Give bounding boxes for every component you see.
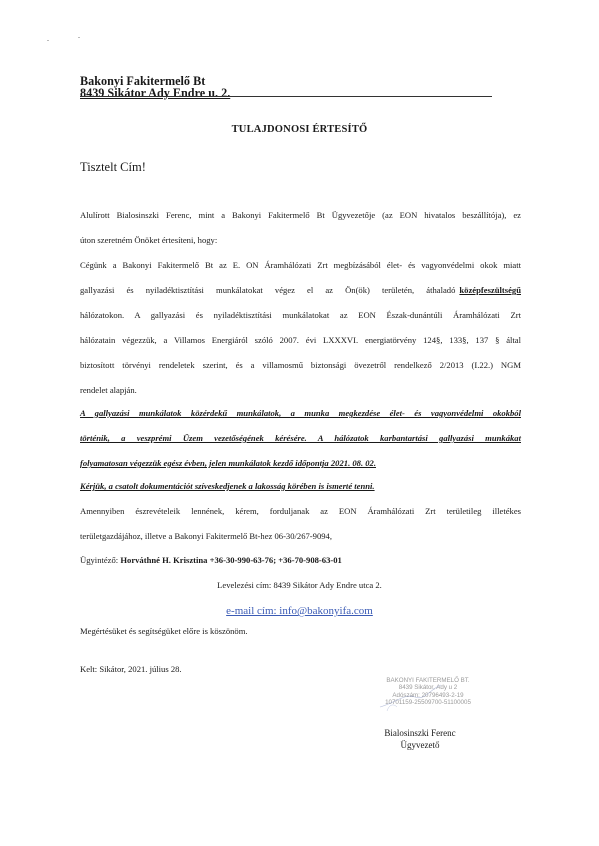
scan-speck (47, 40, 49, 41)
notice-start-date: folyamatosan végezzük egész évben, jelen… (80, 458, 521, 468)
thanks-line: Megértésüket és segítségüket előre is kö… (80, 626, 521, 636)
contact-line: területgazdájához, illetve a Bakonyi Fak… (80, 531, 521, 541)
intro-line-2: úton szeretném Önöket értesíteni, hogy: (80, 235, 521, 245)
greeting: Tisztelt Cím! (80, 160, 146, 175)
notice-request: Kérjük, a csatolt dokumentációt szíveske… (80, 481, 521, 491)
paragraph-line: rendelet alapján. (80, 385, 521, 395)
paragraph-line: biztosított törvényi rendeletek szerint,… (80, 360, 521, 370)
signatory-name: Bialosinszki Ferenc (340, 728, 500, 738)
notice-line: A gallyazási munkálatok közérdekű munkál… (80, 408, 521, 418)
paragraph-line: hálózatokon. A gallyazási és nyiladéktis… (80, 310, 521, 320)
paragraph-text: gallyazási és nyiladéktisztítási munkála… (80, 285, 455, 295)
highlight-medium-voltage: középfeszültségű (459, 285, 521, 295)
paragraph-line: Cégünk a Bakonyi Fakitermelő Bt az E. ON… (80, 260, 521, 270)
contact-line: Amennyiben észrevételeik lennének, kérem… (80, 506, 521, 516)
intro-line-1: Alulírott Bialosinszki Ferenc, mint a Ba… (80, 210, 521, 220)
mailing-address: Levelezési cím: 8439 Sikátor Ady Endre u… (0, 580, 599, 590)
paragraph-line: hálózatain végezzük, a Villamos Energiár… (80, 335, 521, 345)
document-title: TULAJDONOSI ÉRTESÍTŐ (0, 124, 599, 135)
date-line: Kelt: Sikátor, 2021. július 28. (80, 664, 521, 674)
email-link[interactable]: e-mail cím: info@bakonyifa.com (226, 605, 373, 617)
email-wrap: e-mail cím: info@bakonyifa.com (0, 561, 599, 579)
signature-scribble (375, 683, 445, 713)
signatory-role: Ügyvezető (340, 740, 500, 750)
notice-line: történik, a veszprémi Üzem vezetőségének… (80, 433, 521, 443)
header-rule (80, 96, 492, 97)
paragraph-line: gallyazási és nyiladéktisztítási munkála… (80, 285, 521, 295)
scan-speck (78, 37, 80, 38)
company-address: 8439 Sikátor Ady Endre u. 2. (80, 86, 230, 101)
